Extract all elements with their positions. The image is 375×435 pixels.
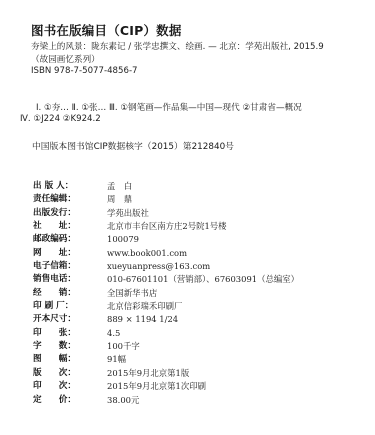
colophon-label: 开本尺寸： xyxy=(33,313,107,326)
colophon-row-printing: 印 次： 2015年9月北京第1次印刷 xyxy=(33,380,299,393)
colophon-value: 889 × 1194 1/24 xyxy=(107,313,178,326)
colophon-row-format: 开本尺寸： 889 × 1194 1/24 xyxy=(33,313,299,326)
cip-classification-line: Ⅰ. ①夯… Ⅱ. ①张… Ⅲ. ①钢笔画—作品集—中国—现代 ②甘肃省—概况 xyxy=(36,101,302,113)
colophon-row-illustrations: 图 幅： 91幅 xyxy=(33,353,299,366)
colophon-value: 38.00元 xyxy=(107,394,139,407)
cip-record-number: 中国版本图书馆CIP数据核字（2015）第212840号 xyxy=(32,139,234,152)
colophon-value: 2015年9月北京第1版 xyxy=(107,367,189,380)
colophon-value: 学苑出版社 xyxy=(107,207,149,220)
colophon-label: 图 幅： xyxy=(33,353,107,366)
colophon-row-printer: 印 刷 厂： 北京信彩瑞禾印刷厂 xyxy=(33,300,299,313)
colophon-label: 销售电话： xyxy=(33,273,107,286)
colophon-label: 字 数： xyxy=(33,340,107,353)
colophon-label: 定 价： xyxy=(33,394,107,407)
colophon-label: 电子信箱： xyxy=(33,260,107,273)
cip-bibliographic-line: 夯梁上的风景：陇东素记 / 张学忠撰文、绘画. — 北京：学苑出版社, 2015… xyxy=(31,40,324,52)
colophon-value: 2015年9月北京第1次印刷 xyxy=(107,380,206,393)
colophon-label: 邮政编码： xyxy=(33,233,107,246)
colophon-label: 网 址： xyxy=(33,247,107,260)
colophon-value: 91幅 xyxy=(107,353,126,366)
colophon-row-postcode: 邮政编码： 100079 xyxy=(33,233,299,246)
colophon-label: 社 址： xyxy=(33,220,107,233)
colophon-value: 4.5 xyxy=(107,327,120,340)
colophon-value: 全国新华书店 xyxy=(107,287,157,300)
colophon-row-seller: 经 销： 全国新华书店 xyxy=(33,287,299,300)
copyright-page: 图书在版编目（CIP）数据 夯梁上的风景：陇东素记 / 张学忠撰文、绘画. — … xyxy=(0,0,375,435)
colophon-row-email: 电子信箱： xueyuanpress@163.com xyxy=(33,260,299,273)
colophon-row-sheets: 印 张： 4.5 xyxy=(33,327,299,340)
colophon-value: 北京信彩瑞禾印刷厂 xyxy=(107,300,182,313)
colophon-row-sales-phone: 销售电话： 010-67601101（营销部）、67603091（总编室） xyxy=(33,273,299,286)
colophon-label: 印 次： xyxy=(33,380,107,393)
cip-title: 图书在版编目（CIP）数据 xyxy=(31,21,182,39)
colophon-label: 印 刷 厂： xyxy=(33,300,107,313)
email-link[interactable]: xueyuanpress@163.com xyxy=(107,260,210,273)
colophon-row-word-count: 字 数： 100千字 xyxy=(33,340,299,353)
colophon-label: 经 销： xyxy=(33,287,107,300)
cip-isbn-line: ISBN 978-7-5077-4856-7 xyxy=(31,66,138,76)
colophon-row-publisher: 出 版 人： 孟 白 xyxy=(33,180,299,193)
colophon-label: 出 版 人： xyxy=(33,180,107,193)
colophon-row-editor: 责任编辑： 周 鼎 xyxy=(33,193,299,206)
colophon-label: 责任编辑： xyxy=(33,193,107,206)
colophon-row-distributor: 出版发行： 学苑出版社 xyxy=(33,207,299,220)
colophon-label: 出版发行： xyxy=(33,207,107,220)
website-link[interactable]: www.book001.com xyxy=(107,247,187,260)
colophon-value: 北京市丰台区南方庄2号院1号楼 xyxy=(107,220,227,233)
colophon-table: 出 版 人： 孟 白 责任编辑： 周 鼎 出版发行： 学苑出版社 社 址： 北京… xyxy=(33,180,299,407)
colophon-label: 版 次： xyxy=(33,367,107,380)
colophon-row-price: 定 价： 38.00元 xyxy=(33,394,299,407)
colophon-row-website: 网 址： www.book001.com xyxy=(33,247,299,260)
colophon-row-edition: 版 次： 2015年9月北京第1版 xyxy=(33,367,299,380)
colophon-value: 010-67601101（营销部）、67603091（总编室） xyxy=(107,273,299,286)
colophon-row-address: 社 址： 北京市丰台区南方庄2号院1号楼 xyxy=(33,220,299,233)
colophon-value: 100079 xyxy=(107,233,139,246)
cip-series-line: （故园画忆系列） xyxy=(31,53,100,65)
colophon-value: 孟 白 xyxy=(107,180,132,193)
colophon-value: 周 鼎 xyxy=(107,193,132,206)
cip-classification-codes: Ⅳ. ①J224 ②K924.2 xyxy=(20,114,101,124)
colophon-value: 100千字 xyxy=(107,340,140,353)
colophon-label: 印 张： xyxy=(33,327,107,340)
